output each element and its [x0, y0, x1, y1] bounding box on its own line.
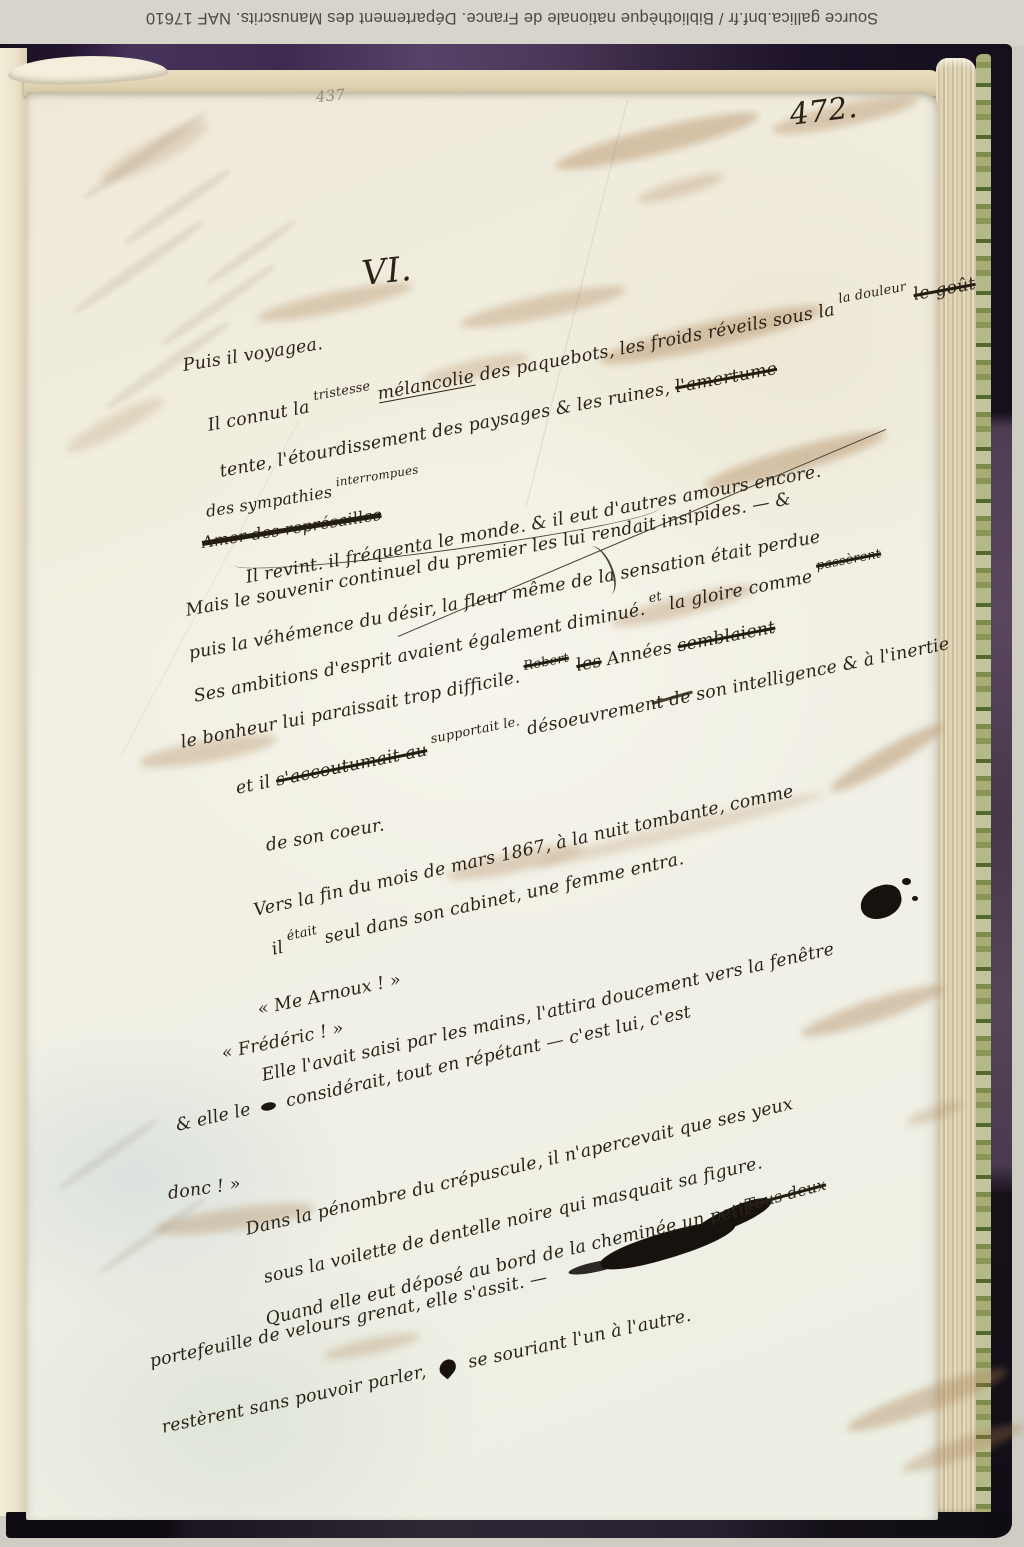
ink-blot-droplet [912, 896, 918, 901]
text-segment: VI. [360, 249, 413, 294]
small-ink-blot-icon [260, 1100, 276, 1111]
stamp-number: 437 [315, 85, 346, 105]
source-caption: Source gallica.bnf.fr / Bibliothèque nat… [0, 8, 1024, 27]
book-cover-right-edge [991, 48, 1012, 1537]
text-segment: 437 [315, 85, 346, 105]
marbled-endpaper-strip [976, 54, 991, 1518]
caption-bar: Source gallica.bnf.fr / Bibliothèque nat… [0, 0, 1024, 46]
manuscript-photograph: Source gallica.bnf.fr / Bibliothèque nat… [0, 0, 1024, 1547]
left-page-block-edge [0, 48, 27, 1516]
ink-blot-droplet [902, 878, 911, 885]
chapter-heading: VI. [360, 249, 413, 294]
